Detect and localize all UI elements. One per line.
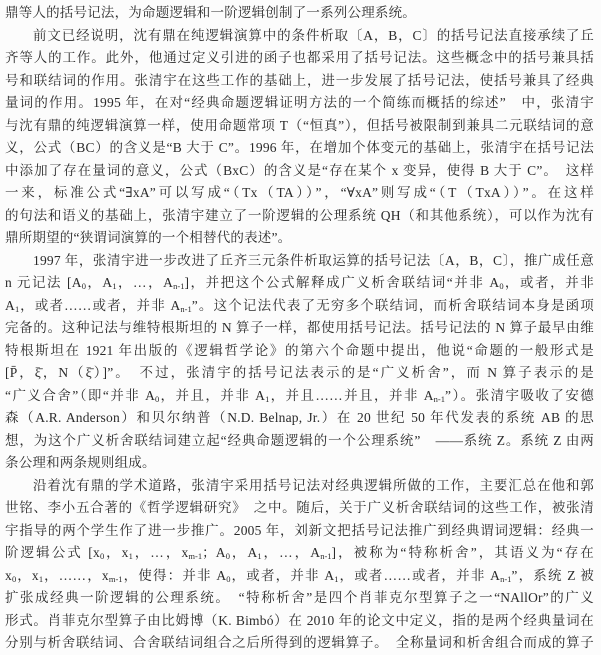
document-page: 鼎等人的括号记法，为命题逻辑和一阶逻辑创制了一系列公理系统。前文已经说明，沈有鼎… (0, 0, 601, 655)
text-line: 与沈有鼎的纯逻辑演算一样，使用命题常项 T（“恒真”），但括号被限制到兼具二元联… (5, 115, 594, 138)
text-line: x0，x1，……，xm-1，使得：并非 A0，或者，并非 A1，或者……或者，并… (5, 565, 594, 588)
text-line: 形式。肖菲克尔型算子由比姆博（K. Bimbó）在 2010 年的论文中定义，指… (5, 610, 594, 633)
text-line: 号和联结词的作用。张清宇在这些工作的基础上，进一步发展了括号记法，使括号兼具了经… (5, 70, 594, 93)
text-line: 鼎等人的括号记法，为命题逻辑和一阶逻辑创制了一系列公理系统。 (5, 2, 594, 25)
text-line: 分别与析舍联结词、合舍联结词组合之后所得到的逻辑算子。 全称量词和析舍组合而成的… (5, 632, 594, 655)
text-line: 完备的。这种记法与维特根斯坦的 N 算子一样，都使用括号记法。括号记法的 N 算… (5, 317, 594, 340)
text-line: 齐等人的工作。此外，他通过定义引进的函子也都采用了括号记法。这些概念中的括号兼具… (5, 47, 594, 70)
text-line: 世铭、李小五合著的《哲学逻辑研究》 之中。随后，关于广义析舍联结词的这些工作，被… (5, 497, 594, 520)
text-line: [P̄，ξ̄，N（ξ̄）]”。 不过，张清宇的括号记法表示的是“广义析舍”，而 … (5, 362, 594, 385)
text-line: 条公理和两条规则组成。 (5, 452, 594, 475)
text-line: 前文已经说明，沈有鼎在纯逻辑演算中的条件析取〔A，B，C〕的括号记法直接承续了丘 (5, 25, 594, 48)
text-line: A1，或者……或者，并非 An-1”。这个记法代表了无穷多个联结词，而析舍联结词… (5, 295, 594, 318)
text-line: 1997 年，张清宇进一步改进了丘齐三元条件析取运算的括号记法〔A，B，C〕，推… (5, 250, 594, 273)
text-line: 一来，标准公式“∃xA”可以写成“（Tx（TA））”，“∀xA”则写成“（T（T… (5, 182, 594, 205)
text-line: 森（A.R. Anderson）和贝尔纳普（N.D. Belnap, Jr.）在… (5, 407, 594, 430)
text-line: n 元记法 [A0，A1，…，An-1]，并把这个公式解释成广义析舍联结词“并非… (5, 272, 594, 295)
text-line: 阶逻辑公式 [x0，x1，…，xm-1；A0，A1，…，An-1]，被称为“特称… (5, 542, 594, 565)
text-line: 义，公式（BC）的含义是“B 大于 C”。1996 年，在增加个体变元的基础上，… (5, 137, 594, 160)
text-line: 鼎所期望的“狭谓词演算的一个相替代的表述”。 (5, 227, 594, 250)
text-line: 想，为这个广义析舍联结词建立起“经典命题逻辑的一个公理系统” ——系统 Z。系统… (5, 430, 594, 453)
text-line: 特根斯坦在 1921 年出版的《逻辑哲学论》的第六个命题中提出，他说“命题的一般… (5, 340, 594, 363)
text-line: 宇指导的两个学生作了进一步推广。2005 年，刘新文把括号记法推广到经典谓词逻辑… (5, 520, 594, 543)
text-line: 量词的作用。1995 年，在对“经典命题逻辑证明方法的一个简练而概括的综述” 中… (5, 92, 594, 115)
text-line: 扩张成经典一阶逻辑的公理系统。 “特称析舍”是四个肖菲克尔型算子之一“NAllO… (5, 587, 594, 610)
text-line: 沿着沈有鼎的学术道路，张清宇采用括号记法对经典逻辑所做的工作，主要汇总在他和郭 (5, 475, 594, 498)
text-line: 中添加了存在量词的意义，公式（BxC）的含义是“存在某个 x 变异，使得 B 大… (5, 160, 594, 183)
text-line: 的句法和语义的基础上，张清宇建立了一阶逻辑的公理系统 QH（和其他系统），可以作… (5, 205, 594, 228)
text-block: 鼎等人的括号记法，为命题逻辑和一阶逻辑创制了一系列公理系统。前文已经说明，沈有鼎… (5, 2, 594, 655)
text-line: “广义合舍”（即“并非 A0，并且，并非 A1，并且……并且，并非 An-1”）… (5, 385, 594, 408)
